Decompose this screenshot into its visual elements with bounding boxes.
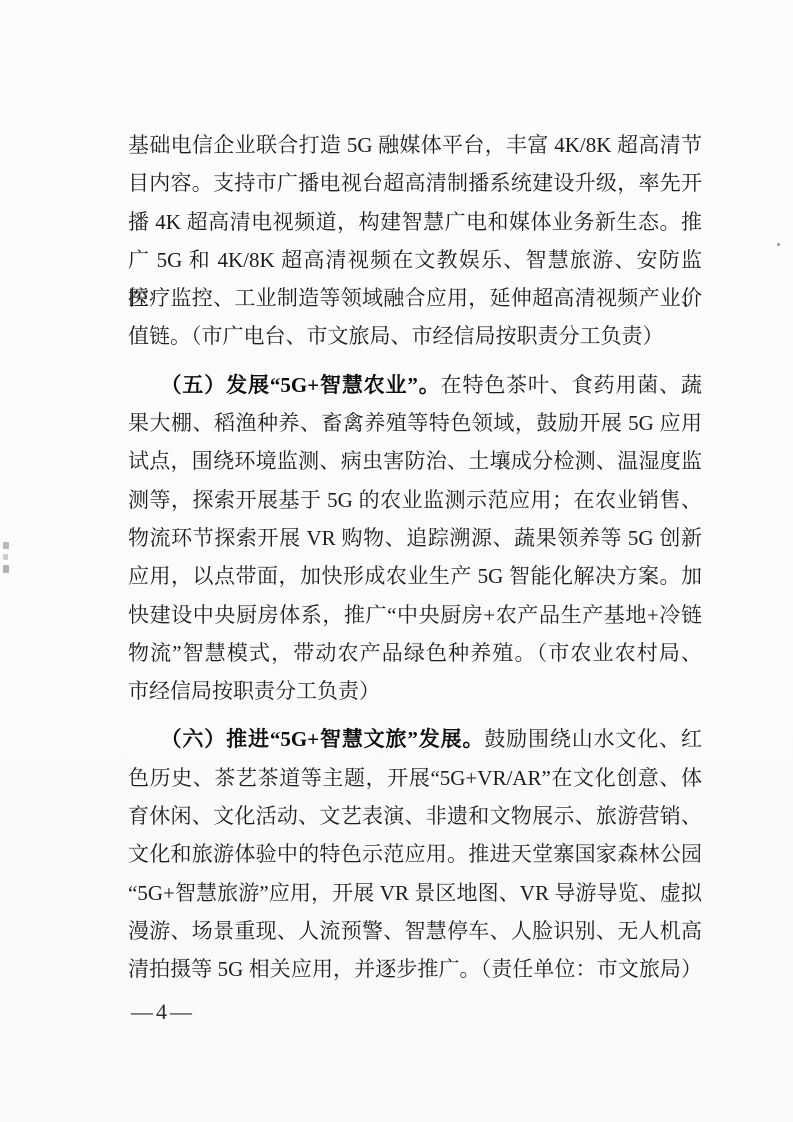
- text-segment: 医疗监控、工业制造等领域融合应用，延伸超高清视频产业价: [128, 286, 702, 310]
- text-line: 果大棚、稻渔种养、畜禽养殖等特色领域，鼓励开展 5G 应用: [128, 404, 702, 442]
- text-segment: 快建设中央厨房体系，推广“中央厨房+农产品生产基地+冷链: [128, 603, 702, 627]
- text-segment: 试点，围绕环境监测、病虫害防治、土壤成分检测、温湿度监: [128, 449, 702, 473]
- text-segment: 鼓励围绕山水文化、红: [484, 727, 702, 751]
- document-body: 基础电信企业联合打造 5G 融媒体平台，丰富 4K/8K 超高清节目内容。支持市…: [128, 126, 702, 989]
- text-line: 基础电信企业联合打造 5G 融媒体平台，丰富 4K/8K 超高清节: [128, 126, 702, 164]
- text-line: 育休闲、文化活动、文艺表演、非遗和文物展示、旅游营销、: [128, 797, 702, 835]
- paragraph: （六）推进“5G+智慧文旅”发展。鼓励围绕山水文化、红色历史、茶艺茶道等主题，开…: [128, 720, 702, 988]
- text-segment: 漫游、场景重现、人流预警、智慧停车、人脸识别、无人机高: [128, 919, 702, 943]
- text-line: 广 5G 和 4K/8K 超高清视频在文教娱乐、智慧旅游、安防监控、: [128, 241, 702, 279]
- text-line: 医疗监控、工业制造等领域融合应用，延伸超高清视频产业价: [128, 279, 702, 317]
- text-segment: 市经信局按职责分工负责）: [128, 679, 380, 703]
- text-line: 物流”智慧模式，带动农产品绿色种养殖。（市农业农村局、: [128, 634, 702, 672]
- document-page: 基础电信企业联合打造 5G 融媒体平台，丰富 4K/8K 超高清节目内容。支持市…: [0, 0, 793, 1122]
- bold-heading-segment: （五）发展“5G+智慧农业”。: [161, 373, 441, 397]
- text-segment: 在特色茶叶、食药用菌、蔬: [441, 373, 702, 397]
- text-line: 应用，以点带面，加快形成农业生产 5G 智能化解决方案。加: [128, 557, 702, 595]
- text-segment: 物流环节探索开展 VR 购物、追踪溯源、蔬果领养等 5G 创新: [128, 526, 702, 550]
- text-segment: 测等，探索开展基于 5G 的农业监测示范应用；在农业销售、: [128, 488, 702, 512]
- text-line: 清拍摄等 5G 相关应用，并逐步推广。（责任单位：市文旅局）: [128, 950, 702, 988]
- text-segment: 果大棚、稻渔种养、畜禽养殖等特色领域，鼓励开展 5G 应用: [128, 411, 702, 435]
- text-segment: 物流”智慧模式，带动农产品绿色种养殖。（市农业农村局、: [128, 641, 702, 665]
- text-segment: 基础电信企业联合打造 5G 融媒体平台，丰富 4K/8K 超高清节: [128, 133, 702, 157]
- scan-artifact: [3, 565, 9, 573]
- text-line: 物流环节探索开展 VR 购物、追踪溯源、蔬果领养等 5G 创新: [128, 519, 702, 557]
- text-segment: “5G+智慧旅游”应用，开展 VR 景区地图、VR 导游导览、虚拟: [128, 881, 702, 905]
- text-segment: 育休闲、文化活动、文艺表演、非遗和文物展示、旅游营销、: [128, 804, 702, 828]
- text-segment: 文化和旅游体验中的特色示范应用。推进天堂寨国家森林公园: [128, 842, 702, 866]
- text-segment: 值链。（市广电台、市文旅局、市经信局按职责分工负责）: [128, 324, 664, 348]
- paragraph: 基础电信企业联合打造 5G 融媒体平台，丰富 4K/8K 超高清节目内容。支持市…: [128, 126, 702, 356]
- text-segment: 目内容。支持市广播电视台超高清制播系统建设升级，率先开: [128, 171, 702, 195]
- scan-artifact: [777, 243, 780, 246]
- text-line: 测等，探索开展基于 5G 的农业监测示范应用；在农业销售、: [128, 481, 702, 519]
- text-segment: 应用，以点带面，加快形成农业生产 5G 智能化解决方案。加: [128, 564, 702, 588]
- text-line: 色历史、茶艺茶道等主题，开展“5G+VR/AR”在文化创意、体: [128, 759, 702, 797]
- text-line: 试点，围绕环境监测、病虫害防治、土壤成分检测、温湿度监: [128, 442, 702, 480]
- text-line: 文化和旅游体验中的特色示范应用。推进天堂寨国家森林公园: [128, 835, 702, 873]
- page-number: —4—: [131, 999, 195, 1025]
- text-line: 播 4K 超高清电视频道，构建智慧广电和媒体业务新生态。推: [128, 203, 702, 241]
- bold-heading-segment: （六）推进“5G+智慧文旅”发展。: [161, 727, 485, 751]
- text-segment: 色历史、茶艺茶道等主题，开展“5G+VR/AR”在文化创意、体: [128, 766, 702, 790]
- text-line: （六）推进“5G+智慧文旅”发展。鼓励围绕山水文化、红: [128, 720, 702, 758]
- paragraph: （五）发展“5G+智慧农业”。在特色茶叶、食药用菌、蔬果大棚、稻渔种养、畜禽养殖…: [128, 366, 702, 711]
- text-line: “5G+智慧旅游”应用，开展 VR 景区地图、VR 导游导览、虚拟: [128, 874, 702, 912]
- scan-artifact: [3, 554, 8, 560]
- text-line: 市经信局按职责分工负责）: [128, 672, 702, 710]
- text-line: 漫游、场景重现、人流预警、智慧停车、人脸识别、无人机高: [128, 912, 702, 950]
- text-line: 值链。（市广电台、市文旅局、市经信局按职责分工负责）: [128, 317, 702, 355]
- text-line: 目内容。支持市广播电视台超高清制播系统建设升级，率先开: [128, 164, 702, 202]
- text-segment: 清拍摄等 5G 相关应用，并逐步推广。（责任单位：市文旅局）: [128, 957, 702, 981]
- text-line: 快建设中央厨房体系，推广“中央厨房+农产品生产基地+冷链: [128, 596, 702, 634]
- text-segment: 播 4K 超高清电视频道，构建智慧广电和媒体业务新生态。推: [128, 210, 702, 234]
- text-line: （五）发展“5G+智慧农业”。在特色茶叶、食药用菌、蔬: [128, 366, 702, 404]
- scan-artifact: [3, 542, 9, 549]
